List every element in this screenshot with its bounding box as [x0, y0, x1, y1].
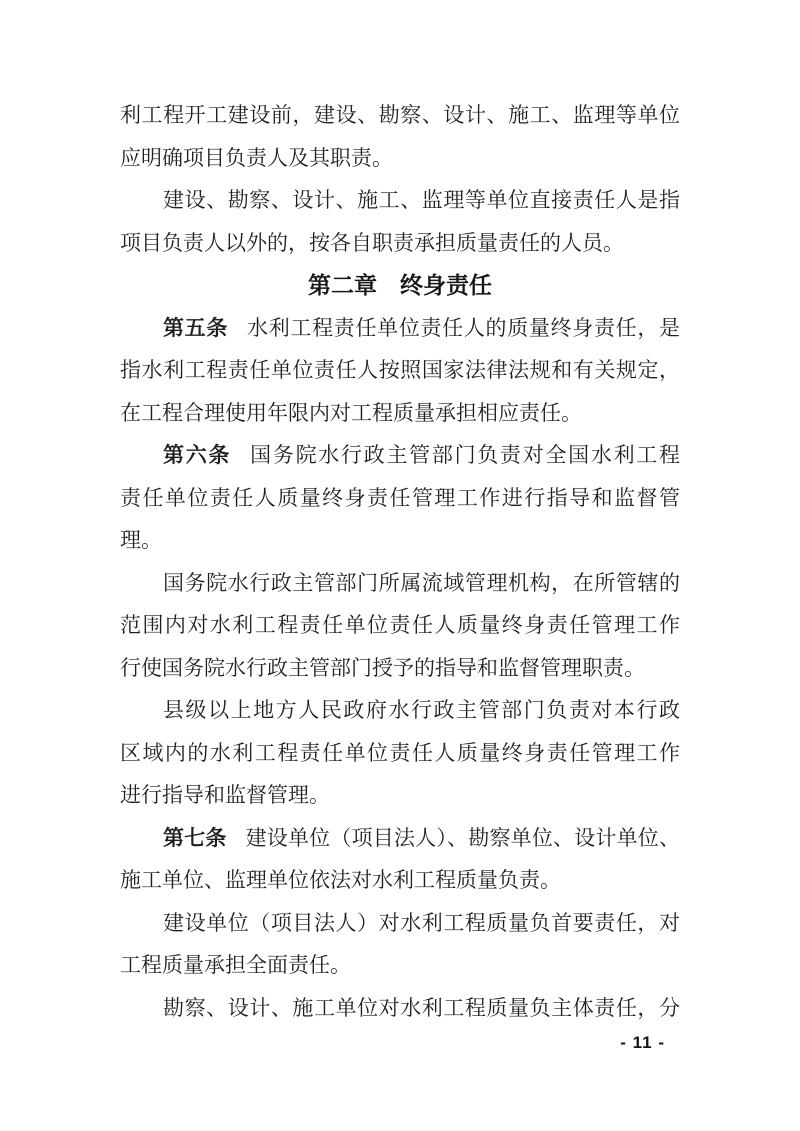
text-line: 责任单位责任人质量终身责任管理工作进行指导和监督管: [120, 477, 680, 520]
text-line: 施工单位、监理单位依法对水利工程质量负责。: [120, 859, 680, 902]
text-line: 第六条国务院水行政主管部门负责对全国水利工程: [120, 434, 680, 477]
text-line: 勘察、设计、施工单位对水利工程质量负主体责任，分: [120, 987, 680, 1030]
text-line: 行使国务院水行政主管部门授予的指导和监督管理职责。: [120, 647, 680, 690]
text-line: 进行指导和监督管理。: [120, 774, 680, 817]
text-line: 国务院水行政主管部门所属流域管理机构，在所管辖的: [120, 562, 680, 605]
line-text: 国务院水行政主管部门负责对全国水利工程: [250, 443, 680, 467]
text-line: 区域内的水利工程责任单位责任人质量终身责任管理工作: [120, 732, 680, 775]
text-line: 利工程开工建设前，建设、勘察、设计、施工、监理等单位: [120, 94, 680, 137]
text-line: 范围内对水利工程责任单位责任人质量终身责任管理工作: [120, 604, 680, 647]
page-number: - 11 -: [620, 1032, 665, 1054]
chapter-heading: 第二章 终身责任: [120, 264, 680, 307]
article-number: 第七条: [163, 827, 227, 850]
line-text: 建设单位（项目法人）、勘察单位、设计单位、: [246, 826, 680, 850]
document-page: 利工程开工建设前，建设、勘察、设计、施工、监理等单位应明确项目负责人及其职责。建…: [0, 0, 800, 1131]
text-line: 第五条水利工程责任单位责任人的质量终身责任，是: [120, 307, 680, 350]
text-line: 理。: [120, 519, 680, 562]
text-line: 项目负责人以外的，按各自职责承担质量责任的人员。: [120, 222, 680, 265]
text-line: 应明确项目负责人及其职责。: [120, 137, 680, 180]
article-number: 第五条: [163, 317, 228, 340]
document-body: 利工程开工建设前，建设、勘察、设计、施工、监理等单位应明确项目负责人及其职责。建…: [120, 94, 680, 1029]
text-line: 工程质量承担全面责任。: [120, 944, 680, 987]
line-text: 水利工程责任单位责任人的质量终身责任，是: [247, 316, 680, 340]
text-line: 第七条建设单位（项目法人）、勘察单位、设计单位、: [120, 817, 680, 860]
article-number: 第六条: [163, 444, 231, 467]
text-line: 指水利工程责任单位责任人按照国家法律法规和有关规定，: [120, 349, 680, 392]
text-line: 县级以上地方人民政府水行政主管部门负责对本行政: [120, 689, 680, 732]
text-line: 在工程合理使用年限内对工程质量承担相应责任。: [120, 392, 680, 435]
text-line: 建设、勘察、设计、施工、监理等单位直接责任人是指: [120, 179, 680, 222]
text-line: 建设单位（项目法人）对水利工程质量负首要责任，对: [120, 902, 680, 945]
